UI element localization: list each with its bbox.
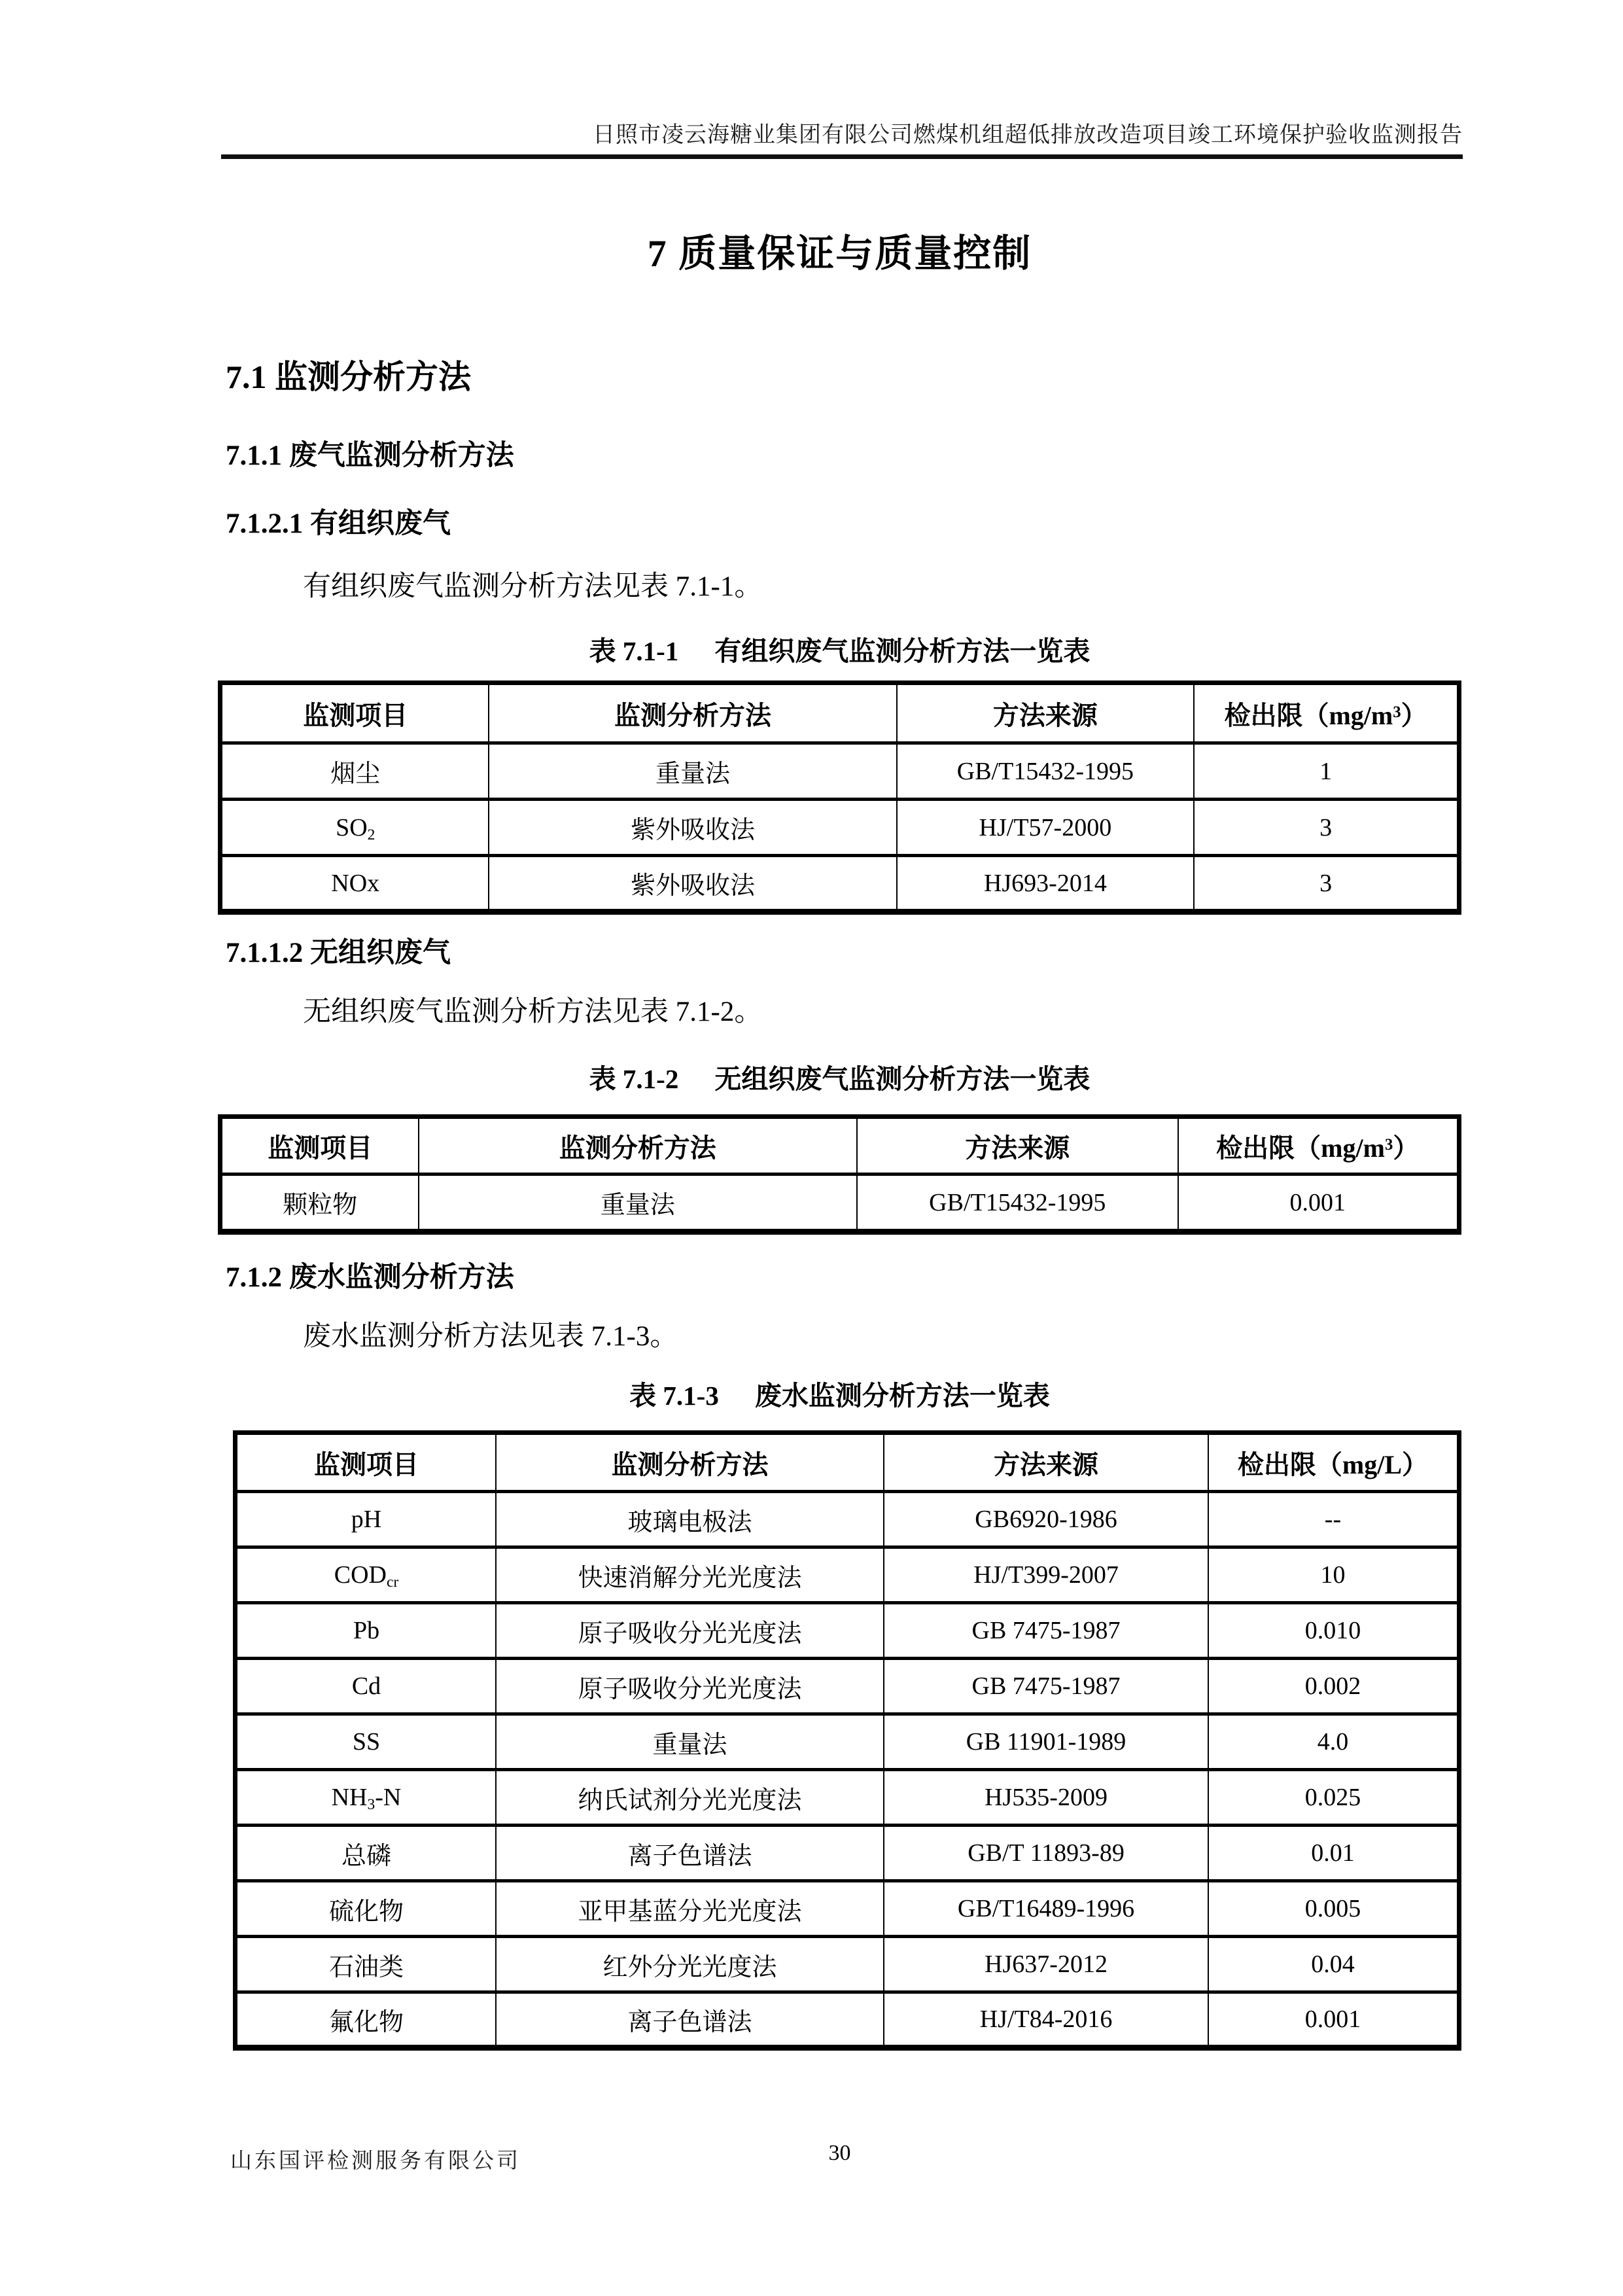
subscript: 3 [368, 1796, 375, 1813]
subscript: 2 [368, 826, 375, 843]
column-header: 监测项目 [220, 1117, 419, 1174]
table-cell: 0.010 [1208, 1603, 1459, 1659]
subscript: cr [387, 1574, 398, 1591]
column-header: 方法来源 [884, 1433, 1208, 1492]
table-cell: 重量法 [496, 1714, 884, 1770]
table-cell: GB/T15432-1995 [857, 1174, 1178, 1232]
table-cell: GB 11901-1989 [884, 1714, 1208, 1770]
table-header-row: 监测项目监测分析方法方法来源检出限（mg/m3） [220, 1117, 1459, 1174]
section-7-1-2-heading: 7.1.2 废水监测分析方法 [226, 1255, 514, 1295]
table-row: SO2紫外吸收法HJ/T57-20003 [220, 800, 1459, 856]
table-cell: 0.002 [1208, 1659, 1459, 1714]
table-cell: 亚甲基蓝分光光度法 [496, 1881, 884, 1937]
table-cell: HJ/T399-2007 [884, 1547, 1208, 1603]
table-7-1-3: 监测项目监测分析方法方法来源检出限（mg/L）pH玻璃电极法GB6920-198… [233, 1430, 1461, 2051]
table-cell: SS [236, 1714, 497, 1770]
table-row: 烟尘重量法GB/T15432-19951 [220, 743, 1459, 800]
column-header: 监测项目 [220, 683, 489, 743]
table-7-1-1: 监测项目监测分析方法方法来源检出限（mg/m3）烟尘重量法GB/T15432-1… [218, 680, 1461, 915]
table-cell: 0.04 [1208, 1937, 1459, 1992]
table-cell: 重量法 [489, 743, 896, 800]
table-cell: 3 [1194, 856, 1459, 912]
table-cell: 红外分光光度法 [496, 1937, 884, 1992]
table-row: 颗粒物重量法GB/T15432-19950.001 [220, 1174, 1459, 1232]
paragraph-organized-gas: 有组织废气监测分析方法见表 7.1-1。 [303, 564, 762, 604]
table-cell: GB 7475-1987 [884, 1659, 1208, 1714]
table-cell: 0.005 [1208, 1881, 1459, 1937]
table-cell: 重量法 [419, 1174, 857, 1232]
table-1-caption-title: 有组织废气监测分析方法一览表 [714, 636, 1090, 666]
table-row: 石油类红外分光光度法HJ637-20120.04 [236, 1937, 1459, 1992]
table-cell: 紫外吸收法 [489, 800, 896, 856]
table-cell: 颗粒物 [220, 1174, 419, 1232]
table-3-caption-title: 废水监测分析方法一览表 [755, 1381, 1050, 1411]
table-1-caption: 表 7.1-1有组织废气监测分析方法一览表 [218, 629, 1461, 668]
table-cell: 纳氏试剂分光光度法 [496, 1770, 884, 1826]
table-cell: HJ693-2014 [897, 856, 1195, 912]
table-7-1-2: 监测项目监测分析方法方法来源检出限（mg/m3）颗粒物重量法GB/T15432-… [218, 1114, 1461, 1235]
table-header-row: 监测项目监测分析方法方法来源检出限（mg/m3） [220, 683, 1459, 743]
chapter-title: 7 质量保证与质量控制 [218, 222, 1461, 277]
running-header-text: 日照市凌云海糖业集团有限公司燃煤机组超低排放改造项目竣工环境保护验收监测报告 [593, 116, 1463, 149]
superscript: 3 [1393, 703, 1401, 720]
table-row: NH3-N纳氏试剂分光光度法HJ535-20090.025 [236, 1770, 1459, 1826]
table-cell: 0.001 [1178, 1174, 1459, 1232]
table-row: CODcr快速消解分光光度法HJ/T399-200710 [236, 1547, 1459, 1603]
table-cell: Pb [236, 1603, 497, 1659]
table-2-caption: 表 7.1-2无组织废气监测分析方法一览表 [218, 1057, 1461, 1096]
column-header: 方法来源 [897, 683, 1195, 743]
table-cell: 离子色谱法 [496, 1992, 884, 2048]
table-row: Pb原子吸收分光光度法GB 7475-19870.010 [236, 1603, 1459, 1659]
table-cell: GB/T16489-1996 [884, 1881, 1208, 1937]
table-cell: 总磷 [236, 1826, 497, 1881]
table-cell: HJ535-2009 [884, 1770, 1208, 1826]
section-7-1-heading: 7.1 监测分析方法 [226, 351, 471, 398]
column-header: 检出限（mg/L） [1208, 1433, 1459, 1492]
paragraph-fugitive-gas: 无组织废气监测分析方法见表 7.1-2。 [303, 989, 762, 1029]
header-rule [221, 154, 1463, 159]
table-3-caption-number: 表 7.1-3 [629, 1381, 719, 1411]
table-cell: -- [1208, 1492, 1459, 1547]
table-cell: NOx [220, 856, 489, 912]
table-cell: 石油类 [236, 1937, 497, 1992]
table-cell: 0.001 [1208, 1992, 1459, 2048]
table-3-caption: 表 7.1-3废水监测分析方法一览表 [218, 1374, 1461, 1413]
column-header: 监测分析方法 [489, 683, 896, 743]
column-header: 方法来源 [857, 1117, 1178, 1174]
table-cell: 氟化物 [236, 1992, 497, 2048]
table-row: pH玻璃电极法GB6920-1986-- [236, 1492, 1459, 1547]
table-header-row: 监测项目监测分析方法方法来源检出限（mg/L） [236, 1433, 1459, 1492]
table-cell: SO2 [220, 800, 489, 856]
table-1-caption-number: 表 7.1-1 [589, 636, 679, 666]
table-cell: HJ/T84-2016 [884, 1992, 1208, 2048]
table-cell: GB/T15432-1995 [897, 743, 1195, 800]
table-cell: NH3-N [236, 1770, 497, 1826]
table-cell: 快速消解分光光度法 [496, 1547, 884, 1603]
table-cell: 原子吸收分光光度法 [496, 1659, 884, 1714]
section-7-1-1-heading: 7.1.1 废气监测分析方法 [226, 433, 514, 473]
column-header: 检出限（mg/m3） [1178, 1117, 1459, 1174]
table-cell: GB 7475-1987 [884, 1603, 1208, 1659]
column-header: 检出限（mg/m3） [1194, 683, 1459, 743]
table-cell: CODcr [236, 1547, 497, 1603]
document-page: 日照市凌云海糖业集团有限公司燃煤机组超低排放改造项目竣工环境保护验收监测报告 7… [0, 0, 1623, 2296]
paragraph-wastewater: 废水监测分析方法见表 7.1-3。 [303, 1314, 678, 1354]
section-7-1-1-2-heading: 7.1.1.2 无组织废气 [226, 930, 451, 970]
table-cell: Cd [236, 1659, 497, 1714]
footer-page-number: 30 [218, 2141, 1461, 2166]
table-row: NOx紫外吸收法HJ693-20143 [220, 856, 1459, 912]
superscript: 3 [1385, 1135, 1393, 1153]
table-cell: 离子色谱法 [496, 1826, 884, 1881]
table-row: SS重量法GB 11901-19894.0 [236, 1714, 1459, 1770]
table-cell: 3 [1194, 800, 1459, 856]
table-row: 总磷离子色谱法GB/T 11893-890.01 [236, 1826, 1459, 1881]
table-cell: GB6920-1986 [884, 1492, 1208, 1547]
table-cell: 1 [1194, 743, 1459, 800]
table-row: Cd原子吸收分光光度法GB 7475-19870.002 [236, 1659, 1459, 1714]
table-cell: 0.01 [1208, 1826, 1459, 1881]
table-cell: 硫化物 [236, 1881, 497, 1937]
table-cell: 玻璃电极法 [496, 1492, 884, 1547]
table-row: 硫化物亚甲基蓝分光光度法GB/T16489-19960.005 [236, 1881, 1459, 1937]
table-cell: GB/T 11893-89 [884, 1826, 1208, 1881]
column-header: 监测分析方法 [496, 1433, 884, 1492]
column-header: 监测分析方法 [419, 1117, 857, 1174]
table-cell: pH [236, 1492, 497, 1547]
table-cell: 0.025 [1208, 1770, 1459, 1826]
table-cell: 烟尘 [220, 743, 489, 800]
column-header: 监测项目 [236, 1433, 497, 1492]
table-cell: 4.0 [1208, 1714, 1459, 1770]
table-2-caption-number: 表 7.1-2 [589, 1064, 679, 1094]
table-cell: HJ/T57-2000 [897, 800, 1195, 856]
table-row: 氟化物离子色谱法HJ/T84-20160.001 [236, 1992, 1459, 2048]
section-7-1-2-1-heading: 7.1.2.1 有组织废气 [226, 501, 451, 541]
table-2-caption-title: 无组织废气监测分析方法一览表 [714, 1064, 1090, 1094]
table-cell: 10 [1208, 1547, 1459, 1603]
table-cell: 原子吸收分光光度法 [496, 1603, 884, 1659]
table-cell: 紫外吸收法 [489, 856, 896, 912]
table-cell: HJ637-2012 [884, 1937, 1208, 1992]
